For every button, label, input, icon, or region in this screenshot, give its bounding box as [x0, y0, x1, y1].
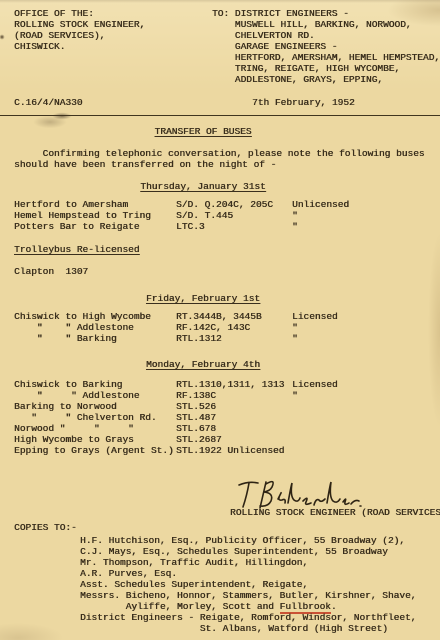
transfer-row: " " BarkingRTL.1312": [14, 333, 440, 344]
fleet-cell: RT.3444B, 3445B: [176, 311, 292, 322]
route-cell: High Wycombe to Grays: [14, 434, 176, 445]
copies-line: A.R. Purves, Esq.: [80, 568, 440, 579]
copies-to-label: COPIES TO:-: [14, 522, 440, 533]
transfer-row: " " AddlestoneRF.138C": [14, 390, 440, 401]
intro-paragraph: Confirming telephonic conversation, plea…: [14, 148, 440, 170]
status-cell: Licensed: [292, 311, 338, 322]
document-date: 7th February, 1952: [252, 97, 355, 108]
status-cell: Unlicensed: [292, 199, 349, 210]
fleet-cell: RTL.1310,1311, 1313: [176, 379, 292, 390]
route-cell: " " Addlestone: [14, 322, 176, 333]
route-cell: Potters Bar to Reigate: [14, 221, 176, 232]
section-thursday: Thursday, January 31stHertford to Amersh…: [14, 181, 440, 232]
route-cell: Hertford to Amersham: [14, 199, 176, 210]
office-address: OFFICE OF THE: ROLLING STOCK ENGINEER, (…: [14, 8, 212, 85]
transfer-row: Chiswick to High WycombeRT.3444B, 3445BL…: [14, 311, 440, 322]
transfer-row: Norwood " " "STL.678: [14, 423, 440, 434]
status-cell: ": [292, 221, 298, 232]
fleet-cell: STL.2687: [176, 434, 292, 445]
fleet-cell: STL.526: [176, 401, 292, 412]
copies-line: District Engineers - Reigate, Romford, W…: [80, 612, 440, 623]
status-cell: ": [292, 210, 298, 221]
fleet-cell: RF.138C: [176, 390, 292, 401]
transfer-row: Hertford to AmershamS/D. Q.204C, 205CUnl…: [14, 199, 440, 210]
route-cell: Barking to Norwood: [14, 401, 176, 412]
section-monday: Monday, February 4thChiswick to BarkingR…: [14, 359, 440, 456]
section-heading: Monday, February 4th: [14, 359, 392, 370]
copies-line: H.F. Hutchison, Esq., Publicity Officer,…: [80, 535, 440, 546]
fleet-cell: LTC.3: [176, 221, 292, 232]
fleet-cell: STL.678: [176, 423, 292, 434]
status-cell: Licensed: [292, 379, 338, 390]
trolleybus-heading: Trolleybus Re-licensed: [14, 244, 440, 255]
copies-line: St. Albans, Watford (High Street): [80, 623, 440, 634]
status-cell: ": [292, 390, 298, 401]
route-cell: Hemel Hempstead to Tring: [14, 210, 176, 221]
intro-line-1: Confirming telephonic conversation, plea…: [14, 148, 424, 159]
trolleybus-entry: Clapton 1307: [14, 266, 440, 277]
route-cell: " " Addlestone: [14, 390, 176, 401]
transfer-row: Hemel Hempstead to TringS/D. T.445": [14, 210, 440, 221]
copies-line: Messrs. Bicheno, Honnor, Stammers, Butle…: [80, 590, 440, 601]
transfer-row: High Wycombe to GraysSTL.2687: [14, 434, 440, 445]
reference-number: C.16/4/NA330: [14, 97, 82, 108]
status-cell: ": [292, 333, 298, 344]
route-cell: Chiswick to High Wycombe: [14, 311, 176, 322]
fleet-cell: RTL.1312: [176, 333, 292, 344]
horizontal-rule: [0, 115, 440, 116]
transfer-row: Potters Bar to ReigateLTC.3": [14, 221, 440, 232]
signature-block: ROLLING STOCK ENGINEER (ROAD SERVICES: [230, 476, 440, 518]
letterhead: OFFICE OF THE: ROLLING STOCK ENGINEER, (…: [14, 8, 440, 85]
section-friday: Friday, February 1stChiswick to High Wyc…: [14, 293, 440, 344]
fleet-cell: S/D. Q.204C, 205C: [176, 199, 292, 210]
reference-row: C.16/4/NA330 7th February, 1952: [14, 97, 440, 108]
route-cell: " " Barking: [14, 333, 176, 344]
memo-page: OFFICE OF THE: ROLLING STOCK ENGINEER, (…: [0, 0, 440, 640]
transfer-row: " " Chelverton Rd.STL.487: [14, 412, 440, 423]
transfer-row: Barking to NorwoodSTL.526: [14, 401, 440, 412]
route-cell: Chiswick to Barking: [14, 379, 176, 390]
route-cell: Norwood " " ": [14, 423, 176, 434]
copies-line: Mr. Thompson, Traffic Audit, Hillingdon,: [80, 557, 440, 568]
section-heading: Friday, February 1st: [14, 293, 392, 304]
copies-line: C.J. Mays, Esq., Schedules Superintenden…: [80, 546, 440, 557]
copies-list: H.F. Hutchison, Esq., Publicity Officer,…: [80, 535, 440, 634]
transfer-row: " " AddlestoneRF.142C, 143C": [14, 322, 440, 333]
copies-line: Asst. Schedules Superintendent, Reigate,: [80, 579, 440, 590]
fleet-cell: STL.487: [176, 412, 292, 423]
route-cell: Epping to Grays (Argent St.): [14, 445, 176, 456]
document-title: TRANSFER OF BUSES: [14, 126, 392, 137]
fleet-cell: RF.142C, 143C: [176, 322, 292, 333]
intro-line-2: should have been transferred on the nigh…: [14, 159, 276, 170]
transfer-row: Epping to Grays (Argent St.)STL.1922 Unl…: [14, 445, 440, 456]
signatory-title: ROLLING STOCK ENGINEER (ROAD SERVICES: [230, 507, 440, 518]
copies-line: Ayliffe, Morley, Scott and Fullbrook.: [80, 601, 440, 612]
handwritten-signature: [236, 476, 362, 510]
fleet-cell: S/D. T.445: [176, 210, 292, 221]
fleet-cell: STL.1922 Unlicensed: [176, 445, 292, 456]
transfer-row: Chiswick to BarkingRTL.1310,1311, 1313Li…: [14, 379, 440, 390]
section-heading: Thursday, January 31st: [14, 181, 392, 192]
status-cell: ": [292, 322, 298, 333]
route-cell: " " Chelverton Rd.: [14, 412, 176, 423]
recipients-block: TO: DISTRICT ENGINEERS - MUSWELL HILL, B…: [212, 8, 440, 85]
